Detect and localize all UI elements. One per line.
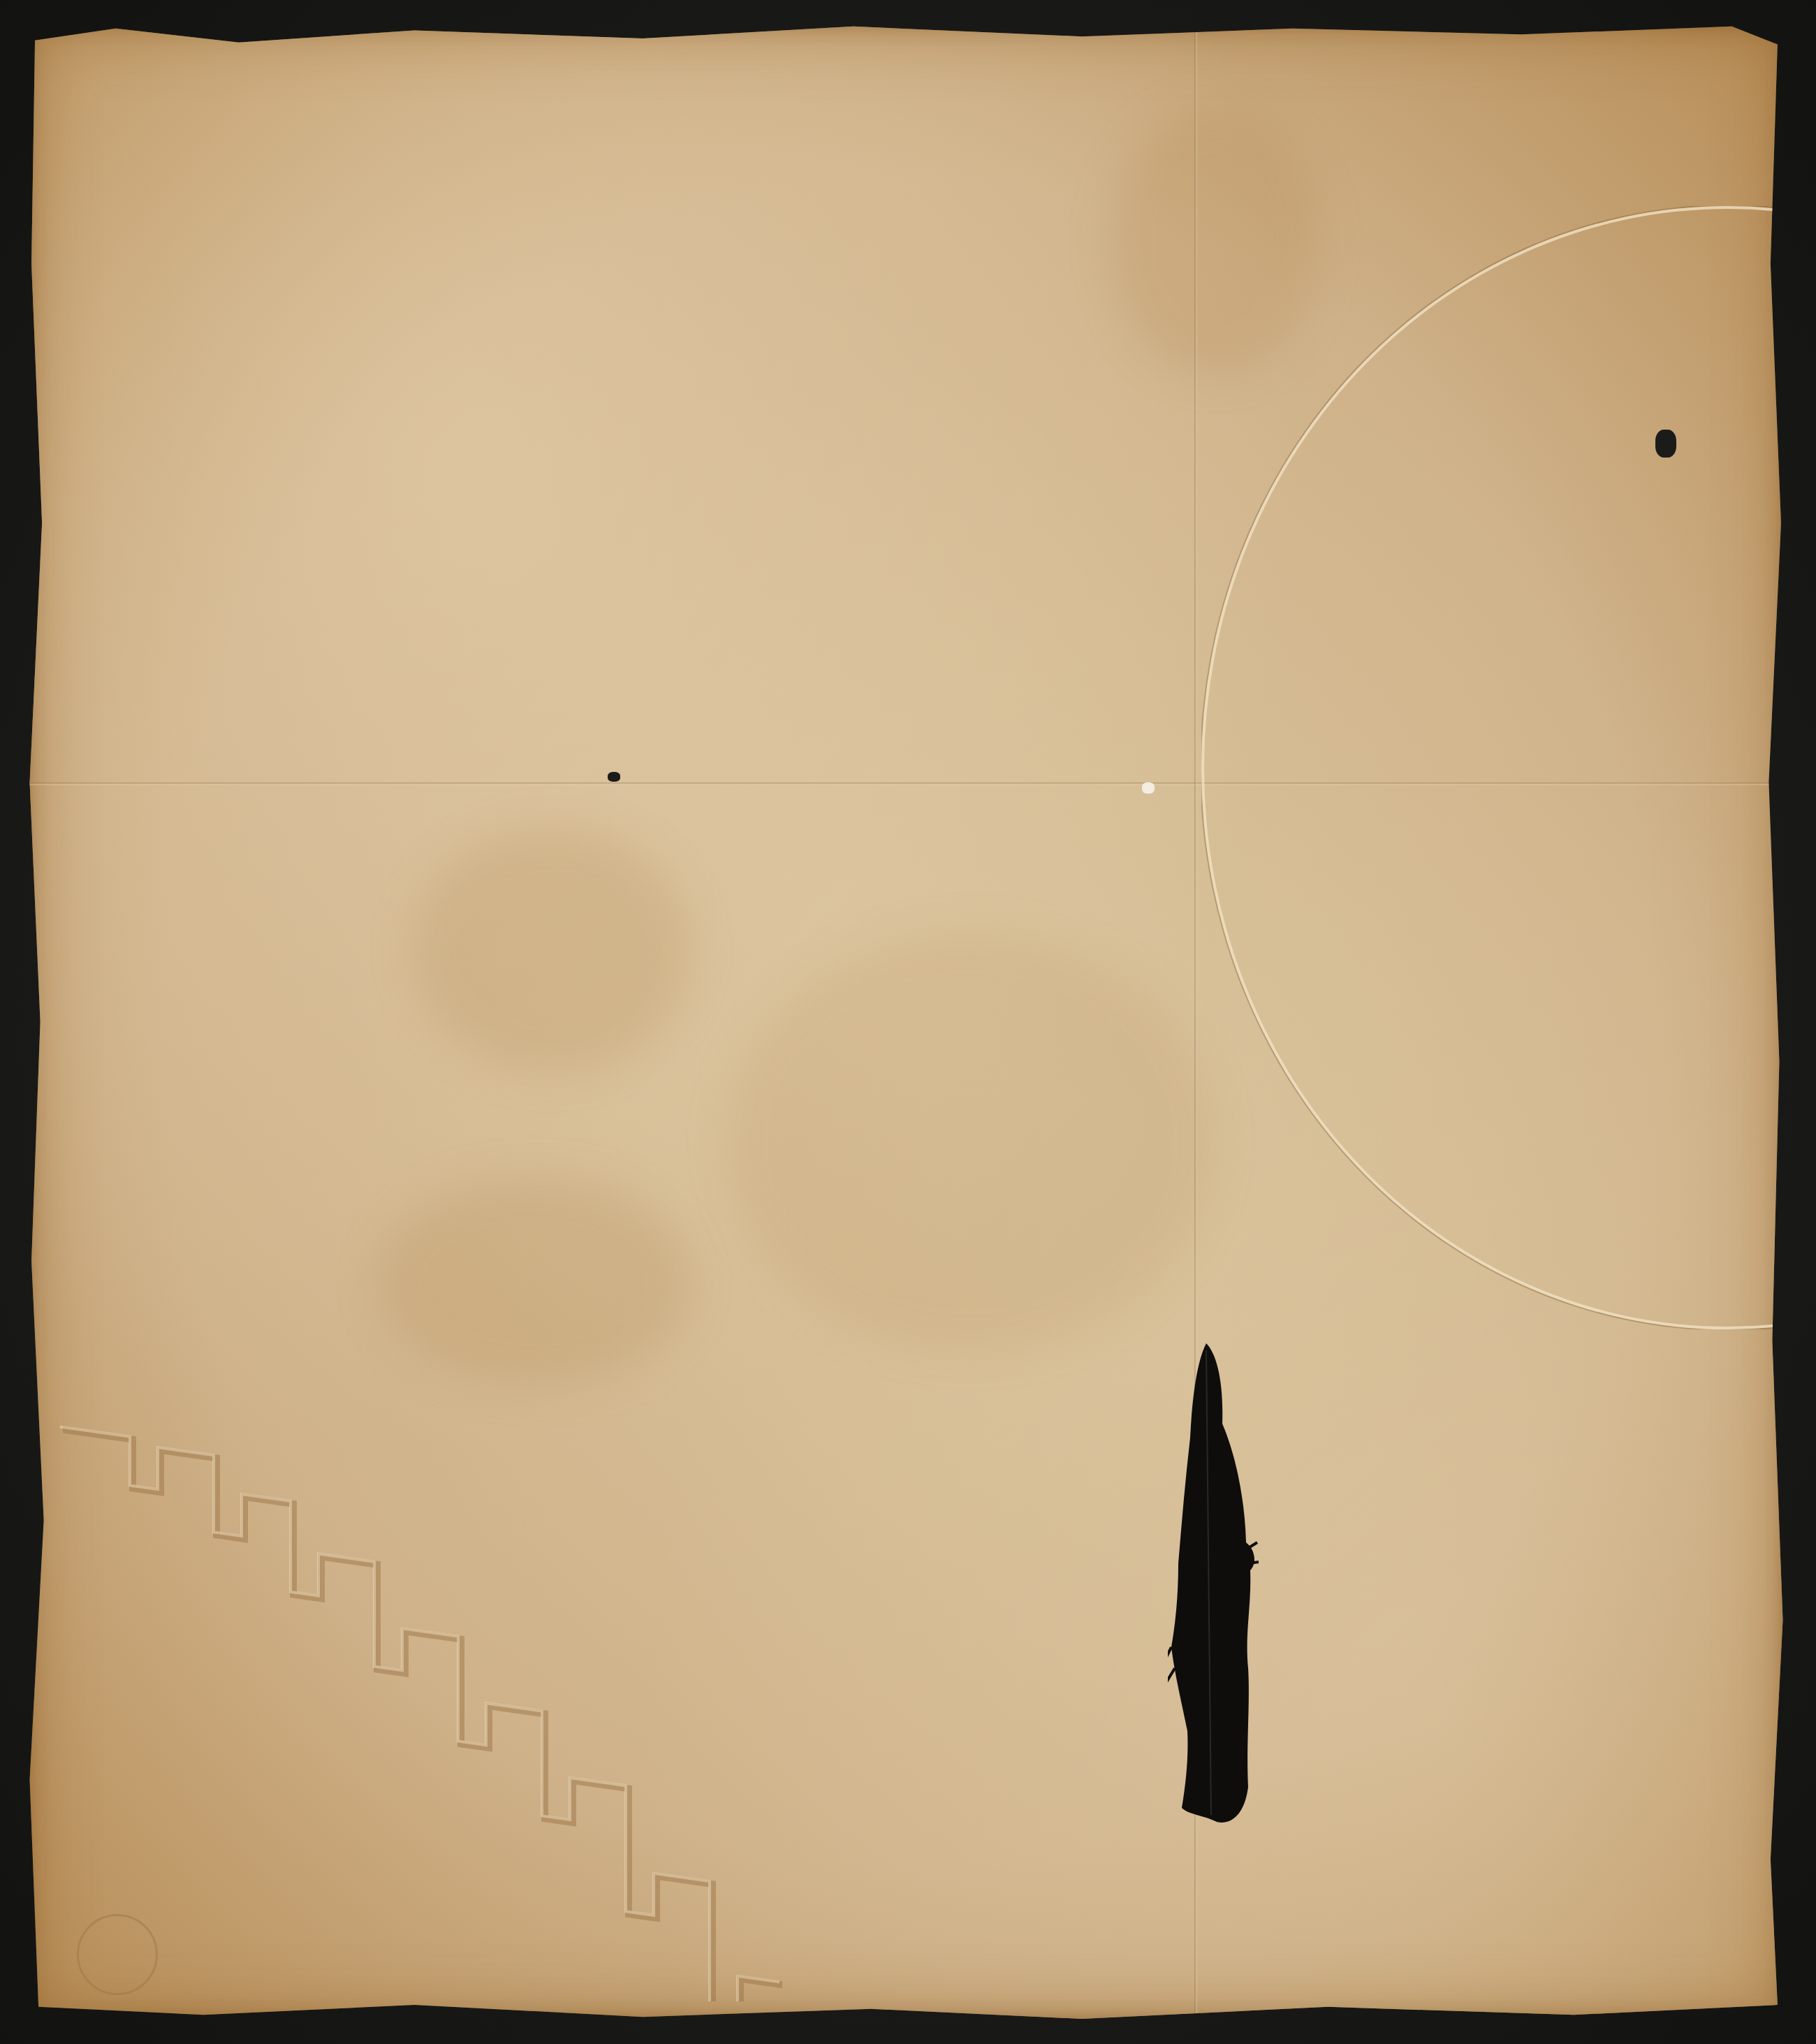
stain [377,1177,691,1387]
stain [726,933,1215,1352]
paper-hole [608,772,620,782]
embossed-arc [1201,206,1816,1329]
paper-hole [1655,430,1676,458]
black-feather [1168,1340,1259,1829]
aged-paper-sheet [28,24,1785,2019]
light-fleck [1142,782,1155,794]
meander-emboss-pattern [56,1373,789,2001]
blind-stamp-monogram [77,1914,158,1995]
stain [412,828,691,1072]
stain [1111,108,1320,374]
